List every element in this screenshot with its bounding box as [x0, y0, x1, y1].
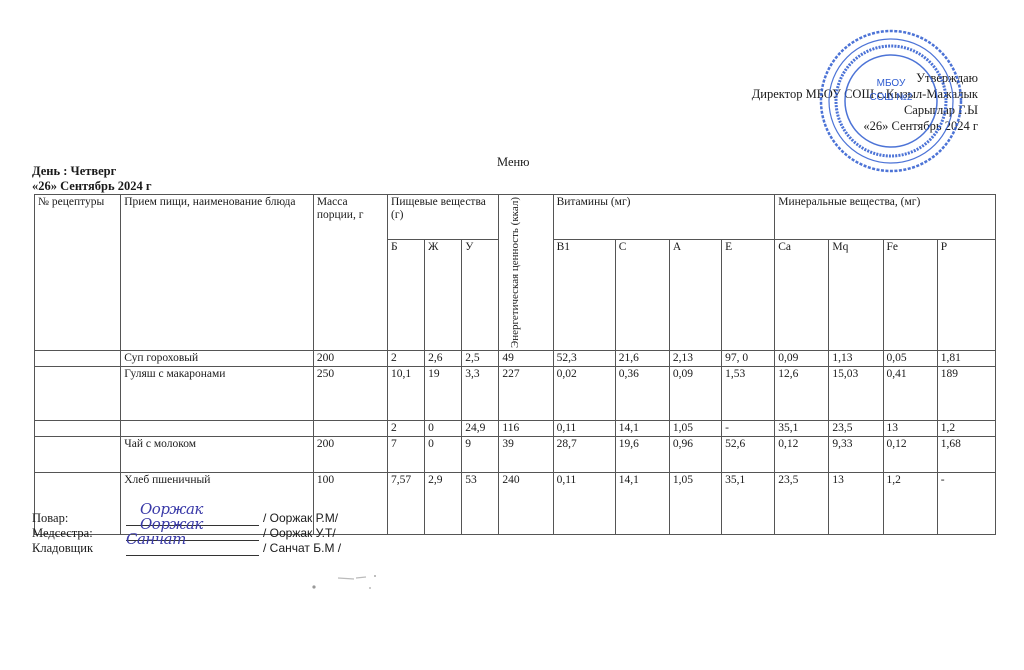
table-row: Чай с молоком2007093928,719,60,9652,60,1…	[35, 437, 996, 473]
cell-a: 0,96	[669, 437, 721, 473]
cell-c: 21,6	[615, 351, 669, 367]
cell-portion	[313, 421, 387, 437]
director-line: Директор МБОУ СОШ с.Кызыл-Мажалык	[752, 86, 978, 102]
cell-dish: Суп гороховый	[121, 351, 314, 367]
cell-energy: 49	[499, 351, 553, 367]
cell-fe: 0,41	[883, 367, 937, 421]
cell-b: 7	[388, 437, 425, 473]
cell-b: 2	[388, 421, 425, 437]
cell-a: 0,09	[669, 367, 721, 421]
cell-b: 2	[388, 351, 425, 367]
staff-role: Кладовщик	[32, 541, 108, 556]
cell-recipe-no	[35, 351, 121, 367]
cell-b1: 52,3	[553, 351, 615, 367]
subheader-a: A	[669, 239, 721, 350]
cell-e: -	[722, 421, 775, 437]
menu-table: № рецептуры Прием пищи, наименование блю…	[34, 194, 996, 535]
cell-mg: 23,5	[829, 421, 883, 437]
subheader-b: Б	[388, 239, 425, 350]
cell-portion: 200	[313, 351, 387, 367]
subheader-fe: Fe	[883, 239, 937, 350]
cell-ca: 35,1	[775, 421, 829, 437]
cell-c: 0,36	[615, 367, 669, 421]
cell-energy: 240	[499, 473, 553, 535]
cell-portion: 200	[313, 437, 387, 473]
cell-ca: 12,6	[775, 367, 829, 421]
cell-fe: 0,05	[883, 351, 937, 367]
header-row: № рецептуры Прием пищи, наименование блю…	[35, 195, 996, 240]
cell-e: 52,6	[722, 437, 775, 473]
cell-mg: 13	[829, 473, 883, 535]
cell-a: 1,05	[669, 421, 721, 437]
table-row: 2024,91160,1114,11,05-35,123,5131,2	[35, 421, 996, 437]
cell-p: 189	[937, 367, 995, 421]
staff-signatures: Повар: Ооржак / Ооржак Р.М/ Медсестра: О…	[32, 511, 341, 556]
cell-p: 1,81	[937, 351, 995, 367]
approval-block: Утверждаю Директор МБОУ СОШ с.Кызыл-Мажа…	[752, 70, 978, 134]
staff-role: Повар:	[32, 511, 108, 526]
cell-p: 1,68	[937, 437, 995, 473]
subheader-c: C	[615, 239, 669, 350]
cell-mg: 15,03	[829, 367, 883, 421]
cell-c: 19,6	[615, 437, 669, 473]
table-row: Суп гороховый20022,62,54952,321,62,1397,…	[35, 351, 996, 367]
subheader-mg: Mq	[829, 239, 883, 350]
cell-b1: 0,11	[553, 473, 615, 535]
header-dish: Прием пищи, наименование блюда	[121, 195, 314, 351]
cell-u: 3,3	[462, 367, 499, 421]
cell-fe: 1,2	[883, 473, 937, 535]
approval-date: «26» Сентябрь 2024 г	[752, 118, 978, 134]
header-energy: Энергетическая ценность (ккал)	[499, 195, 553, 351]
signature-line: Санчат	[126, 542, 259, 556]
cell-zh: 19	[425, 367, 462, 421]
cell-mg: 9,33	[829, 437, 883, 473]
staff-name: / Ооржак Р.М/	[263, 511, 338, 526]
cell-ca: 0,09	[775, 351, 829, 367]
cell-a: 1,05	[669, 473, 721, 535]
cell-zh: 2,6	[425, 351, 462, 367]
cell-e: 97, 0	[722, 351, 775, 367]
staff-role: Медсестра:	[32, 526, 108, 541]
cell-u: 24,9	[462, 421, 499, 437]
cell-ca: 23,5	[775, 473, 829, 535]
cell-c: 14,1	[615, 473, 669, 535]
signature: Санчат	[126, 532, 186, 547]
director-name: Сарыглар Г.Ы	[752, 102, 978, 118]
cell-energy: 116	[499, 421, 553, 437]
header-minerals: Минеральные вещества, (мг)	[775, 195, 996, 240]
cell-b: 10,1	[388, 367, 425, 421]
cell-b1: 28,7	[553, 437, 615, 473]
cell-p: -	[937, 473, 995, 535]
cell-a: 2,13	[669, 351, 721, 367]
cell-p: 1,2	[937, 421, 995, 437]
cell-b1: 0,02	[553, 367, 615, 421]
cell-dish: Гуляш с макаронами	[121, 367, 314, 421]
cell-e: 1,53	[722, 367, 775, 421]
cell-u: 9	[462, 437, 499, 473]
day-block: День : Четверг «26» Сентябрь 2024 г	[32, 164, 152, 194]
cell-dish: Чай с молоком	[121, 437, 314, 473]
subheader-ca: Ca	[775, 239, 829, 350]
cell-e: 35,1	[722, 473, 775, 535]
approve-label: Утверждаю	[752, 70, 978, 86]
cell-mg: 1,13	[829, 351, 883, 367]
scan-specks-icon	[308, 572, 398, 592]
header-portion: Масса порции, г	[313, 195, 387, 351]
cell-recipe-no	[35, 421, 121, 437]
header-nutrients: Пищевые вещества (г)	[388, 195, 499, 240]
cell-energy: 39	[499, 437, 553, 473]
cell-fe: 13	[883, 421, 937, 437]
staff-row-storekeeper: Кладовщик Санчат / Санчат Б.М /	[32, 541, 341, 556]
subheader-e: E	[722, 239, 775, 350]
cell-energy: 227	[499, 367, 553, 421]
cell-recipe-no	[35, 367, 121, 421]
cell-zh: 0	[425, 421, 462, 437]
cell-b: 7,57	[388, 473, 425, 535]
staff-name: / Ооржак У.Т/	[263, 526, 336, 541]
subheader-zh: Ж	[425, 239, 462, 350]
date-line: «26» Сентябрь 2024 г	[32, 179, 152, 194]
cell-u: 2,5	[462, 351, 499, 367]
day-line: День : Четверг	[32, 164, 152, 179]
cell-fe: 0,12	[883, 437, 937, 473]
cell-u: 53	[462, 473, 499, 535]
cell-recipe-no	[35, 437, 121, 473]
document-title: Меню	[497, 155, 530, 170]
cell-dish	[121, 421, 314, 437]
subheader-p: P	[937, 239, 995, 350]
table-row: Гуляш с макаронами25010,1193,32270,020,3…	[35, 367, 996, 421]
cell-c: 14,1	[615, 421, 669, 437]
cell-ca: 0,12	[775, 437, 829, 473]
subheader-b1: B1	[553, 239, 615, 350]
staff-name: / Санчат Б.М /	[263, 541, 341, 556]
cell-portion: 250	[313, 367, 387, 421]
cell-b1: 0,11	[553, 421, 615, 437]
cell-zh: 0	[425, 437, 462, 473]
cell-zh: 2,9	[425, 473, 462, 535]
subheader-u: У	[462, 239, 499, 350]
staff-row-nurse: Медсестра: Ооржак / Ооржак У.Т/	[32, 526, 341, 541]
header-recipe-no: № рецептуры	[35, 195, 121, 351]
header-vitamins: Витамины (мг)	[553, 195, 775, 240]
